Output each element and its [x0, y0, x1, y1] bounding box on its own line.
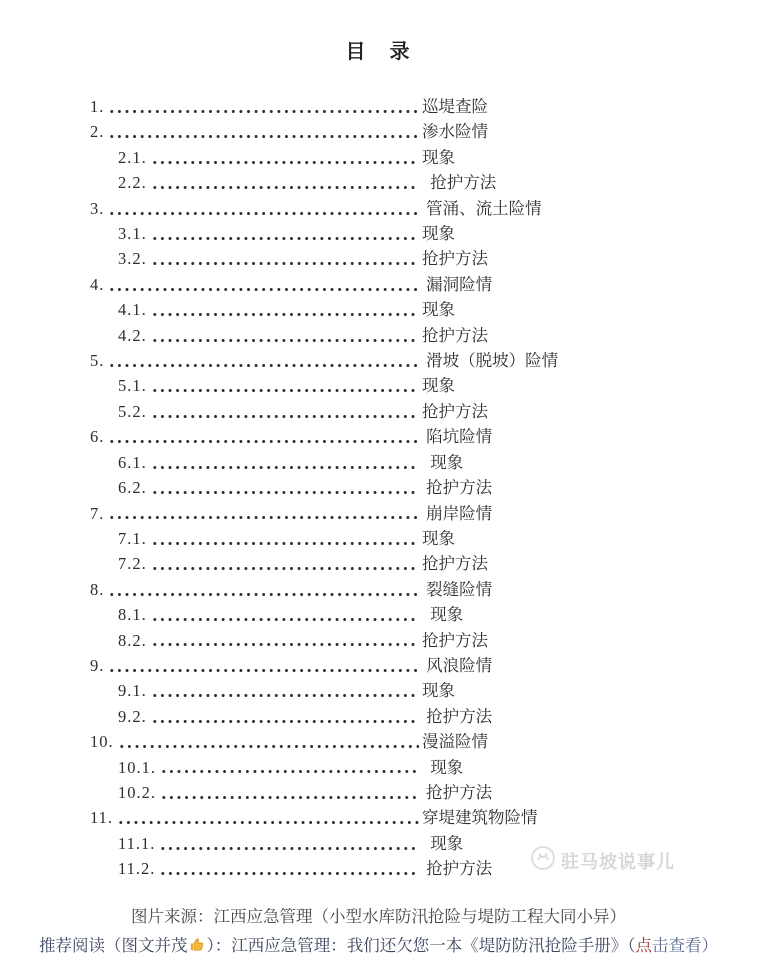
dot-leader — [149, 551, 419, 576]
dot-leader — [115, 805, 419, 830]
toc-entry-10-1: 10.1. 现象 — [90, 755, 757, 780]
toc-entry-head: 5.1. — [90, 373, 422, 398]
toc-entry-label: 抢护方法 — [422, 475, 492, 500]
toc-entry-8-2: 8.2.抢护方法 — [90, 628, 757, 653]
toc-entry-label: 现象 — [422, 297, 455, 322]
toc-entry-head: 10.1. — [90, 755, 422, 780]
toc-entry-label: 现象 — [422, 373, 455, 398]
toc-entry-label: 抢护方法 — [422, 704, 492, 729]
toc-entry-label: 管涌、流土险情 — [422, 196, 542, 221]
toc-entry-number: 7. — [90, 501, 104, 526]
dot-leader — [149, 297, 419, 322]
dot-leader — [106, 501, 419, 526]
toc-entry-number: 2.1. — [118, 145, 147, 170]
toc-entry-label: 抢护方法 — [422, 551, 488, 576]
toc-entry-5-2: 5.2.抢护方法 — [90, 399, 757, 424]
toc-entry-2-2: 2.2. 抢护方法 — [90, 170, 757, 195]
dot-leader — [149, 145, 419, 170]
toc-entry-4-2: 4.2.抢护方法 — [90, 323, 757, 348]
toc-entry-head: 6.1. — [90, 450, 422, 475]
toc-entry-head: 5. — [90, 348, 422, 373]
dot-leader — [149, 246, 419, 271]
toc-entry-number: 10.1. — [118, 755, 156, 780]
toc-entry-number: 5.2. — [118, 399, 147, 424]
toc-entry-head: 3.2. — [90, 246, 422, 271]
toc-entry-number: 3.2. — [118, 246, 147, 271]
toc-entry-9: 9. 风浪险情 — [90, 653, 757, 678]
toc-entry-head: 2.1. — [90, 145, 422, 170]
dot-leader — [106, 196, 419, 221]
toc-entry-number: 3. — [90, 196, 104, 221]
dot-leader — [106, 424, 419, 449]
toc-entry-head: 2. — [90, 119, 422, 144]
toc-entry-number: 8.1. — [118, 602, 147, 627]
dot-leader — [149, 628, 419, 653]
toc-entry-label: 漫溢险情 — [422, 729, 488, 754]
toc-entry-4-1: 4.1.现象 — [90, 297, 757, 322]
toc-entry-head: 11.2. — [90, 856, 422, 881]
toc-entry-2-1: 2.1.现象 — [90, 145, 757, 170]
toc-entry-number: 4.1. — [118, 297, 147, 322]
toc-entry-number: 9.2. — [118, 704, 147, 729]
toc-entry-number: 8. — [90, 577, 104, 602]
thumbs-up-icon — [189, 934, 206, 963]
dot-leader — [106, 577, 419, 602]
toc-list: 1.巡堤查险2.渗水险情2.1.现象2.2. 抢护方法3. 管涌、流土险情3.1… — [90, 94, 757, 882]
toc-entry-label: 抢护方法 — [422, 170, 496, 195]
dot-leader — [149, 704, 419, 729]
toc-entry-head: 10. — [90, 729, 422, 754]
toc-entry-9-2: 9.2. 抢护方法 — [90, 704, 757, 729]
toc-entry-number: 11. — [90, 805, 113, 830]
dot-leader — [149, 221, 419, 246]
toc-entry-head: 4.1. — [90, 297, 422, 322]
toc-entry-label: 现象 — [422, 145, 455, 170]
toc-entry-head: 6. — [90, 424, 422, 449]
dot-leader — [116, 729, 419, 754]
toc-entry-label: 现象 — [422, 221, 455, 246]
dot-leader — [149, 678, 419, 703]
dot-leader — [106, 272, 419, 297]
toc-entry-label: 现象 — [422, 602, 463, 627]
dot-leader — [157, 831, 419, 856]
toc-entry-3-2: 3.2.抢护方法 — [90, 246, 757, 271]
dot-leader — [157, 856, 419, 881]
toc-entry-number: 2.2. — [118, 170, 147, 195]
toc-entry-label: 抢护方法 — [422, 780, 492, 805]
toc-entry-1: 1.巡堤查险 — [90, 94, 757, 119]
toc-entry-number: 4. — [90, 272, 104, 297]
recommend-prefix: 推荐阅读（图文并茂 — [39, 937, 188, 955]
toc-entry-number: 9. — [90, 653, 104, 678]
toc-entry-number: 4.2. — [118, 323, 147, 348]
toc-entry-10-2: 10.2. 抢护方法 — [90, 780, 757, 805]
toc-entry-7-1: 7.1.现象 — [90, 526, 757, 551]
toc-entry-number: 8.2. — [118, 628, 147, 653]
dot-leader — [106, 653, 419, 678]
toc-entry-head: 8.2. — [90, 628, 422, 653]
dot-leader — [149, 450, 419, 475]
toc-entry-head: 1. — [90, 94, 422, 119]
toc-entry-6: 6. 陷坑险情 — [90, 424, 757, 449]
toc-entry-number: 9.1. — [118, 678, 147, 703]
footer: 图片来源：江西应急管理（小型水库防汛抢险与堤防工程大同小异） 推荐阅读（图文并茂… — [0, 903, 757, 963]
toc-entry-number: 7.2. — [118, 551, 147, 576]
dot-leader — [158, 780, 419, 805]
toc-entry-6-2: 6.2. 抢护方法 — [90, 475, 757, 500]
recommend-middle: ）：江西应急管理：我们还欠您一本《堤防防汛抢险手册》（ — [207, 937, 636, 955]
toc-entry-head: 11.1. — [90, 831, 422, 856]
toc-entry-head: 9.2. — [90, 704, 422, 729]
toc-entry-label: 抢护方法 — [422, 628, 488, 653]
toc-entry-number: 5.1. — [118, 373, 147, 398]
toc-entry-label: 抢护方法 — [422, 399, 488, 424]
toc-entry-label: 滑坡（脱坡）险情 — [422, 348, 558, 373]
toc-entry-head: 2.2. — [90, 170, 422, 195]
toc-entry-9-1: 9.1.现象 — [90, 678, 757, 703]
toc-entry-number: 7.1. — [118, 526, 147, 551]
dot-leader — [106, 348, 419, 373]
toc-entry-7-2: 7.2.抢护方法 — [90, 551, 757, 576]
dot-leader — [149, 323, 419, 348]
toc-entry-label: 现象 — [422, 831, 463, 856]
toc-entry-3: 3. 管涌、流土险情 — [90, 196, 757, 221]
toc-entry-number: 11.2. — [118, 856, 155, 881]
dot-leader — [149, 526, 419, 551]
toc-entry-head: 6.2. — [90, 475, 422, 500]
document-page: 目 录 1.巡堤查险2.渗水险情2.1.现象2.2. 抢护方法3. 管涌、流土险… — [0, 0, 757, 975]
dot-leader — [149, 399, 419, 424]
toc-entry-head: 4.2. — [90, 323, 422, 348]
toc-entry-head: 7.2. — [90, 551, 422, 576]
toc-entry-number: 6.2. — [118, 475, 147, 500]
toc-entry-head: 7. — [90, 501, 422, 526]
dot-leader — [149, 170, 419, 195]
toc-entry-number: 6.1. — [118, 450, 147, 475]
view-link-part1[interactable]: 点 — [636, 937, 653, 955]
toc-entry-number: 10. — [90, 729, 114, 754]
watermark: 驻马坡说事儿 — [530, 845, 675, 876]
toc-entry-2: 2.渗水险情 — [90, 119, 757, 144]
toc-entry-label: 穿堤建筑物险情 — [422, 805, 538, 830]
toc-entry-label: 抢护方法 — [422, 856, 492, 881]
toc-entry-10: 10.漫溢险情 — [90, 729, 757, 754]
toc-entry-label: 现象 — [422, 450, 463, 475]
toc-entry-3-1: 3.1.现象 — [90, 221, 757, 246]
watermark-logo-icon — [530, 845, 556, 876]
toc-entry-label: 裂缝险情 — [422, 577, 492, 602]
toc-entry-7: 7. 崩岸险情 — [90, 501, 757, 526]
toc-entry-head: 9.1. — [90, 678, 422, 703]
dot-leader — [106, 94, 419, 119]
toc-entry-label: 巡堤查险 — [422, 94, 488, 119]
toc-entry-number: 5. — [90, 348, 104, 373]
toc-entry-label: 渗水险情 — [422, 119, 488, 144]
toc-entry-head: 7.1. — [90, 526, 422, 551]
toc-entry-number: 2. — [90, 119, 104, 144]
toc-entry-number: 10.2. — [118, 780, 156, 805]
toc-entry-6-1: 6.1. 现象 — [90, 450, 757, 475]
toc-entry-head: 11. — [90, 805, 422, 830]
toc-entry-head: 5.2. — [90, 399, 422, 424]
view-link-part2[interactable]: 击查看） — [652, 937, 718, 955]
toc-entry-number: 11.1. — [118, 831, 155, 856]
toc-entry-label: 现象 — [422, 526, 455, 551]
dot-leader — [158, 755, 419, 780]
dot-leader — [149, 373, 419, 398]
toc-entry-head: 3.1. — [90, 221, 422, 246]
toc-entry-head: 3. — [90, 196, 422, 221]
toc-entry-label: 陷坑险情 — [422, 424, 492, 449]
toc-entry-head: 9. — [90, 653, 422, 678]
toc-entry-label: 抢护方法 — [422, 323, 488, 348]
toc-entry-8: 8. 裂缝险情 — [90, 577, 757, 602]
toc-entry-number: 3.1. — [118, 221, 147, 246]
toc-entry-number: 6. — [90, 424, 104, 449]
watermark-text: 驻马坡说事儿 — [561, 848, 675, 874]
toc-entry-11: 11.穿堤建筑物险情 — [90, 805, 757, 830]
toc-entry-label: 现象 — [422, 755, 463, 780]
dot-leader — [149, 602, 419, 627]
toc-entry-head: 8.1. — [90, 602, 422, 627]
toc-entry-5: 5. 滑坡（脱坡）险情 — [90, 348, 757, 373]
toc-entry-number: 1. — [90, 94, 104, 119]
toc-entry-5-1: 5.1.现象 — [90, 373, 757, 398]
toc-entry-4: 4. 漏洞险情 — [90, 272, 757, 297]
toc-entry-label: 风浪险情 — [422, 653, 492, 678]
toc-entry-label: 崩岸险情 — [422, 501, 492, 526]
toc-entry-label: 抢护方法 — [422, 246, 488, 271]
dot-leader — [149, 475, 419, 500]
page-title: 目 录 — [0, 0, 757, 64]
toc-entry-head: 8. — [90, 577, 422, 602]
dot-leader — [106, 119, 419, 144]
toc-entry-head: 4. — [90, 272, 422, 297]
toc-entry-head: 10.2. — [90, 780, 422, 805]
recommend-line: 推荐阅读（图文并茂）：江西应急管理：我们还欠您一本《堤防防汛抢险手册》（点击查看… — [14, 932, 743, 963]
image-source-line: 图片来源：江西应急管理（小型水库防汛抢险与堤防工程大同小异） — [16, 903, 741, 931]
toc-entry-8-1: 8.1. 现象 — [90, 602, 757, 627]
toc-entry-label: 漏洞险情 — [422, 272, 492, 297]
toc-entry-label: 现象 — [422, 678, 455, 703]
